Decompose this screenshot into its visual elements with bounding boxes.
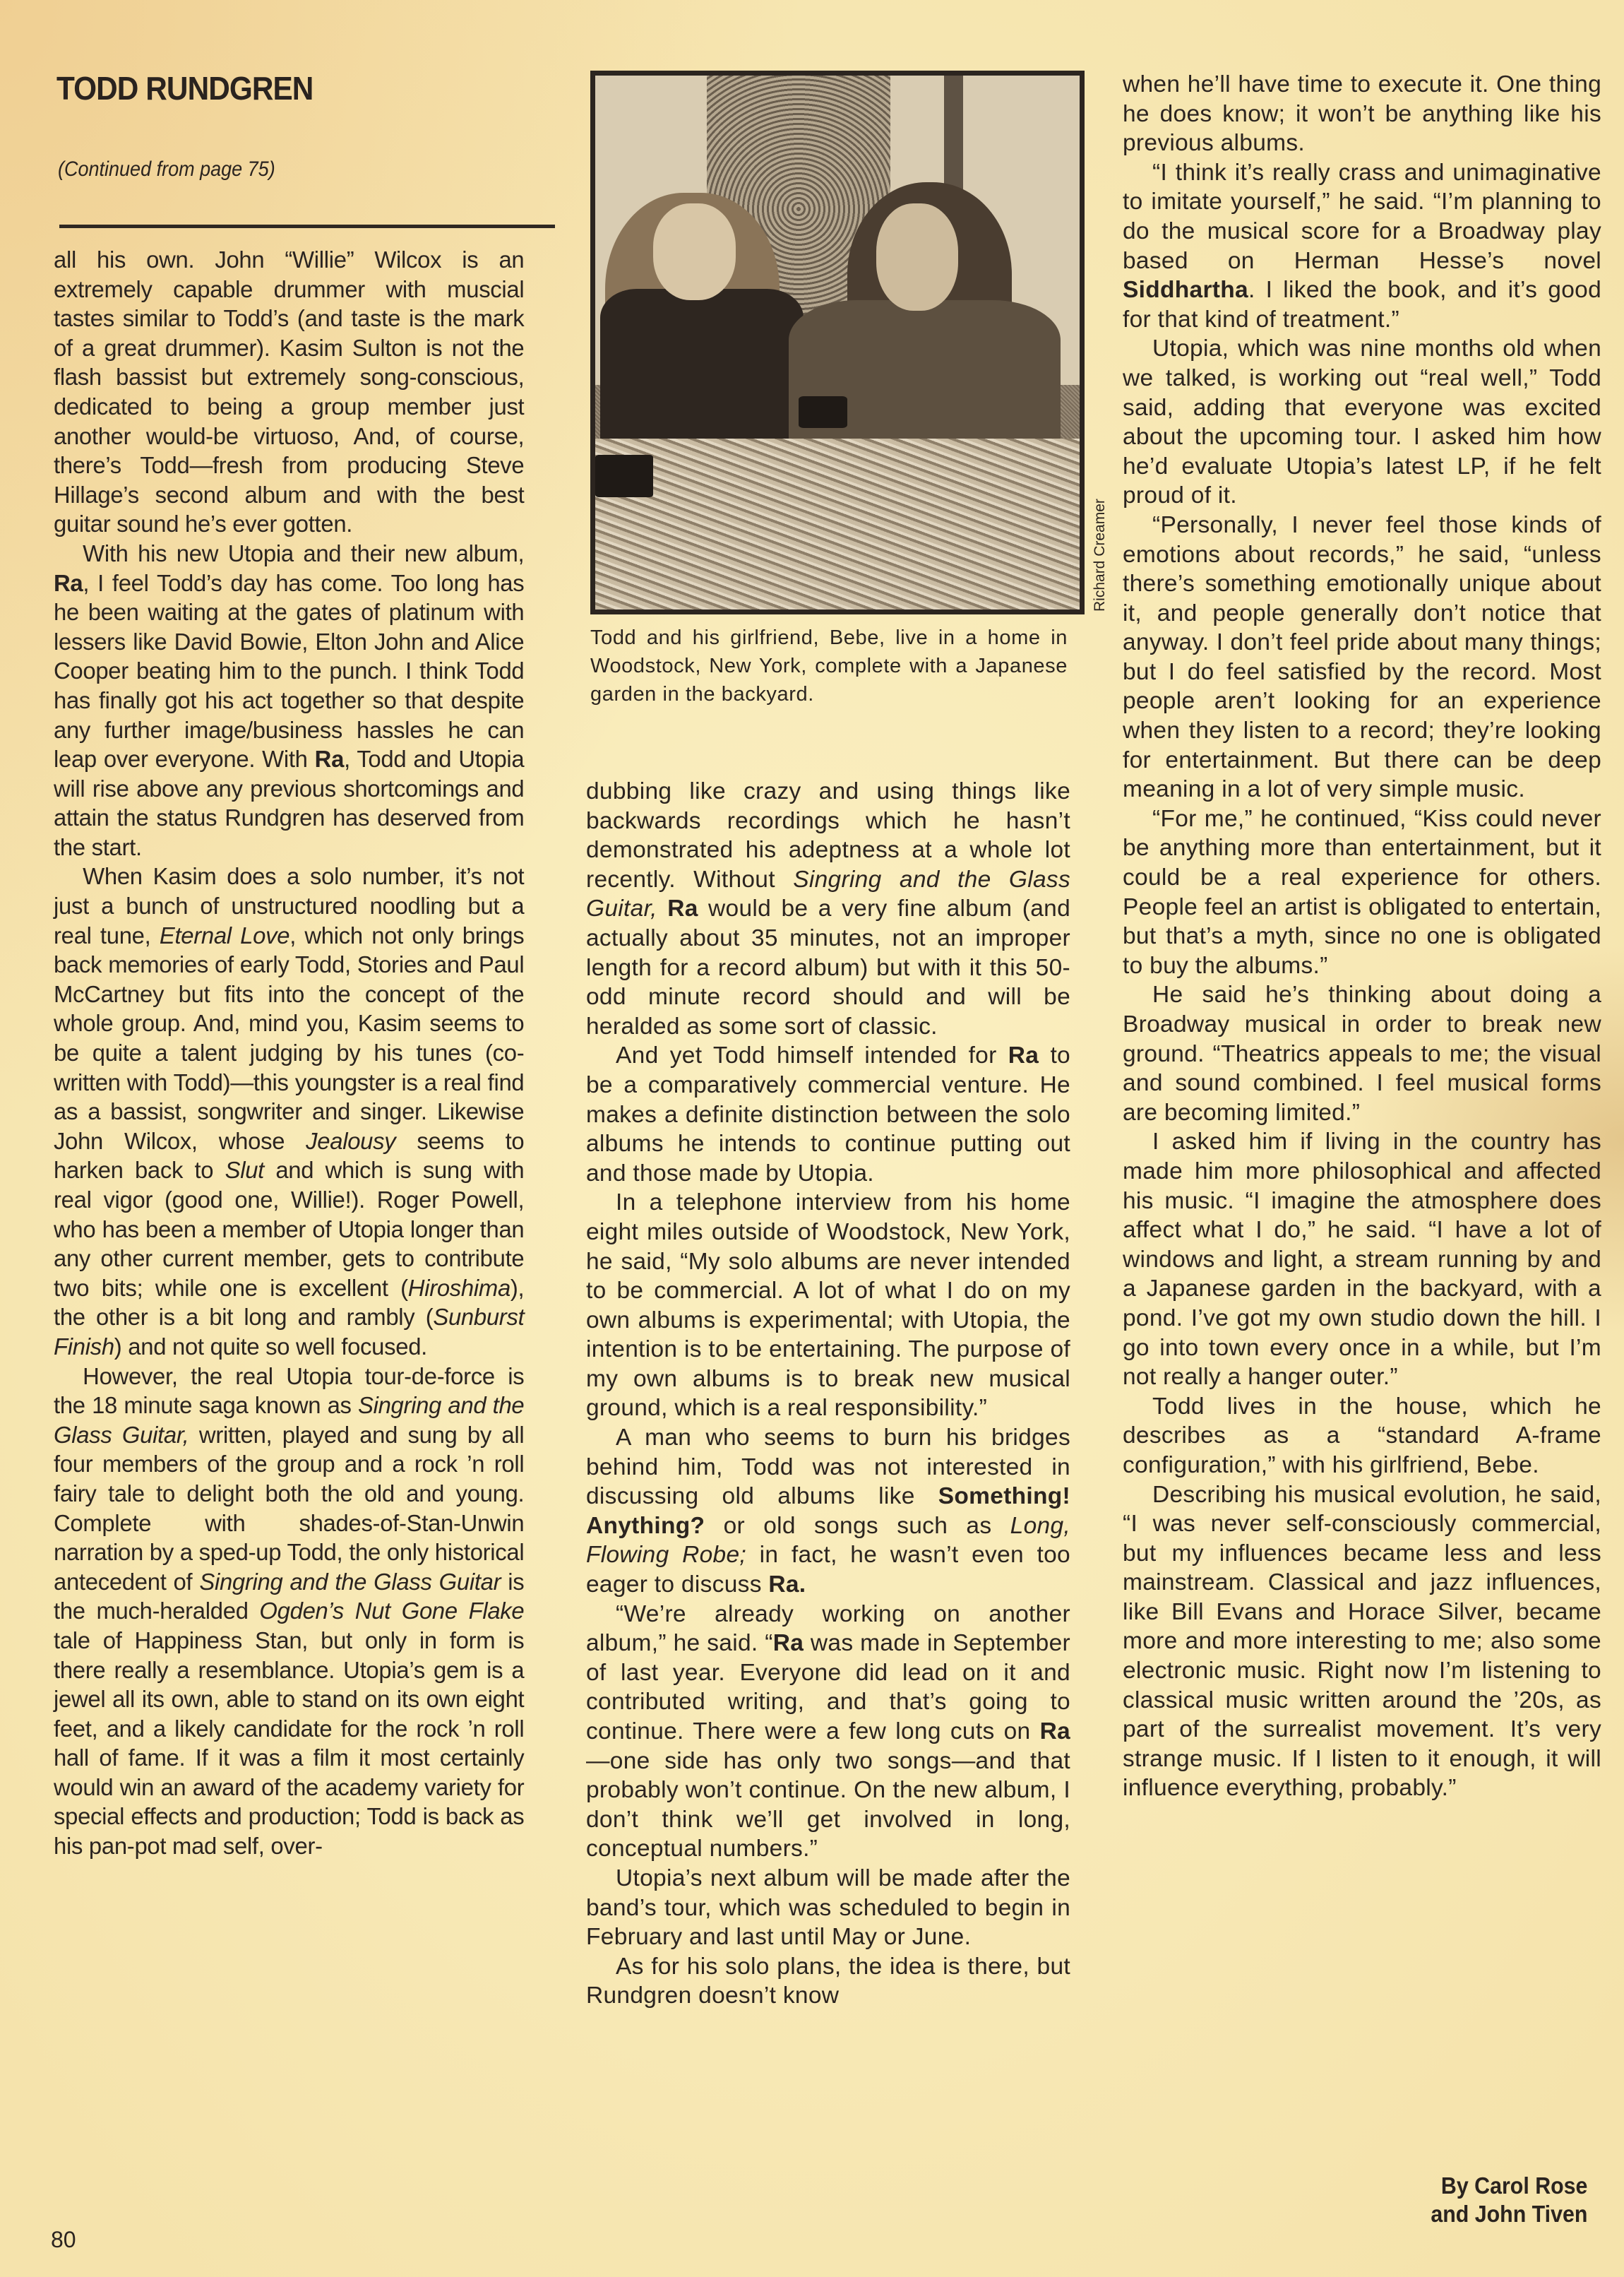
text-run: ) and not quite so well focused. — [114, 1334, 427, 1360]
article-title: TODD RUNDGREN — [56, 69, 313, 107]
photo-bebe — [600, 289, 804, 449]
text-run: Utopia’s next album will be made after t… — [586, 1865, 1070, 1950]
italic-title: Singring and the Glass Guitar — [199, 1569, 501, 1595]
bold-title: Ra — [1008, 1042, 1039, 1069]
bold-title: Ra — [773, 1630, 804, 1656]
bold-title: Ra — [1040, 1718, 1070, 1744]
paragraph: when he’ll have time to execute it. One … — [1123, 70, 1601, 158]
text-run: In a telephone interview from his home e… — [586, 1189, 1070, 1421]
text-run: As for his solo plans, the idea is there… — [586, 1954, 1070, 2009]
bold-title: Ra — [54, 571, 83, 597]
paragraph: “I think it’s really crass and unimagina… — [1123, 158, 1601, 335]
bold-title: Siddhartha — [1123, 277, 1248, 303]
text-run: , which not only brings back memories of… — [54, 923, 524, 1155]
paragraph: all his own. John “Willie” Wilcox is an … — [54, 246, 524, 540]
italic-title: Slut — [225, 1158, 264, 1184]
text-run: With his new Utopia and their new album, — [83, 541, 524, 567]
text-run — [657, 896, 667, 922]
paragraph: He said he’s thinking about doing a Broa… — [1123, 980, 1601, 1127]
italic-title: Jealousy — [306, 1129, 395, 1155]
byline-line-1: By Carol Rose — [1431, 2172, 1587, 2200]
paragraph: “For me,” he continued, “Kiss could neve… — [1123, 804, 1601, 981]
article-column-2: dubbing like crazy and using things like… — [586, 777, 1070, 2011]
photo-bebe-face — [653, 203, 736, 299]
text-run: He said he’s thinking about doing a Broa… — [1123, 982, 1601, 1125]
article-column-1: all his own. John “Willie” Wilcox is an … — [54, 246, 524, 1862]
text-run: , I feel Todd’s day has come. Too long h… — [54, 571, 524, 773]
continued-from-note: (Continued from page 75) — [58, 157, 275, 182]
text-run: Todd lives in the house, which he descri… — [1123, 1393, 1601, 1478]
byline-line-2: and John Tiven — [1431, 2200, 1587, 2228]
text-run: —one side has only two songs—and that pr… — [586, 1748, 1070, 1862]
paragraph: Todd lives in the house, which he descri… — [1123, 1392, 1601, 1480]
paragraph: However, the real Utopia tour-de-force i… — [54, 1362, 524, 1862]
text-run: when he’ll have time to execute it. One … — [1123, 71, 1601, 156]
photo-todd — [789, 300, 1060, 460]
paragraph: As for his solo plans, the idea is there… — [586, 1952, 1070, 2011]
paragraph: Utopia, which was nine months old when w… — [1123, 334, 1601, 511]
photo-credit: Richard Creamer — [1092, 499, 1109, 612]
italic-title: Ogden’s Nut Gone Flake — [259, 1598, 524, 1624]
article-photo — [590, 71, 1085, 614]
paragraph: “We’re already working on another album,… — [586, 1600, 1070, 1864]
paragraph: And yet Todd himself intended for Ra to … — [586, 1041, 1070, 1188]
text-run: I asked him if living in the country has… — [1123, 1129, 1601, 1390]
paragraph: Describing his musical evolution, he sai… — [1123, 1480, 1601, 1804]
page-number: 80 — [51, 2227, 76, 2253]
italic-title: Eternal Love — [160, 923, 289, 949]
paragraph: With his new Utopia and their new album,… — [54, 540, 524, 863]
bold-title: Ra. — [768, 1571, 806, 1598]
paragraph: A man who seems to burn his bridges behi… — [586, 1423, 1070, 1600]
photo-todd-face — [876, 203, 959, 310]
text-run: Utopia, which was nine months old when w… — [1123, 335, 1601, 509]
paragraph: In a telephone interview from his home e… — [586, 1188, 1070, 1423]
header-divider — [59, 225, 555, 228]
photo-ashtray — [799, 396, 847, 428]
byline: By Carol Rose and John Tiven — [1431, 2172, 1587, 2228]
photo-cup — [595, 455, 653, 497]
bold-title: Ra — [315, 747, 344, 773]
text-run: And yet Todd himself intended for — [616, 1042, 1008, 1069]
text-run: “I think it’s really crass and unimagina… — [1123, 160, 1601, 274]
article-column-3: when he’ll have time to execute it. One … — [1123, 70, 1601, 1803]
text-run: tale of Happiness Stan, but only in form… — [54, 1628, 524, 1860]
paragraph: dubbing like crazy and using things like… — [586, 777, 1070, 1041]
paragraph: When Kasim does a solo number, it’s not … — [54, 862, 524, 1362]
photo-caption: Todd and his girlfriend, Bebe, live in a… — [590, 624, 1068, 708]
text-run: or old songs such as — [705, 1513, 1010, 1539]
paragraph: Utopia’s next album will be made after t… — [586, 1864, 1070, 1952]
text-run: “For me,” he continued, “Kiss could neve… — [1123, 806, 1601, 979]
italic-title: Hiroshima — [408, 1276, 511, 1302]
paragraph: “Personally, I never feel those kinds of… — [1123, 511, 1601, 804]
text-run: Describing his musical evolution, he sai… — [1123, 1482, 1601, 1802]
photo-table — [595, 439, 1080, 610]
paragraph: I asked him if living in the country has… — [1123, 1127, 1601, 1391]
bold-title: Ra — [667, 896, 698, 922]
text-run: all his own. John “Willie” Wilcox is an … — [54, 247, 524, 537]
text-run: “Personally, I never feel those kinds of… — [1123, 512, 1601, 802]
